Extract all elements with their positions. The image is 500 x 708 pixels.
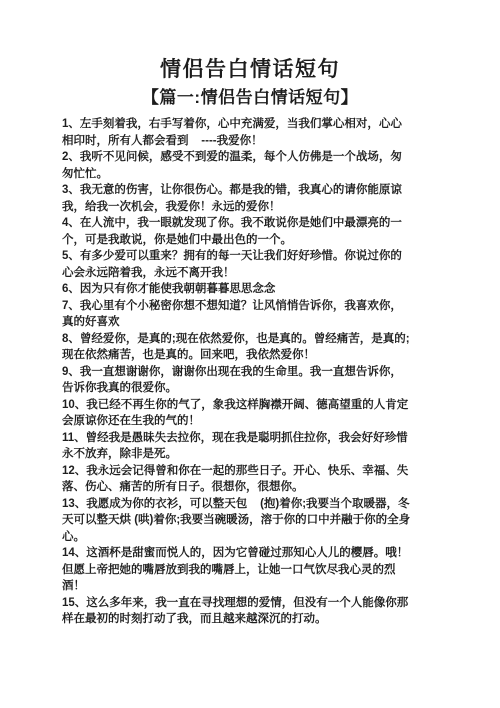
quote-item: 5、有多少爱可以重来？拥有的每一天让我们好好珍惜。你说过你的心会永远陪着我，永远… — [62, 248, 412, 281]
quote-item: 9、我一直想谢谢你，谢谢你出现在我的生命里。我一直想告诉你，告诉你我真的很爱你。 — [62, 364, 412, 397]
quote-item: 11、曾经我是愚昧失去拉你，现在我是聪明抓住拉你，我会好好珍惜永不放弃，除非是死… — [62, 430, 412, 463]
quote-item: 4、在人流中，我一眼就发现了你。我不敢说你是她们中最漂亮的一个，可是我敢说，你是… — [62, 215, 412, 248]
quote-list: 1、左手刻着我，右手写着你，心中充满爱，当我们掌心相对，心心相印时，所有人都会看… — [62, 116, 412, 628]
page-title: 情侣告白情话短句 — [0, 56, 500, 84]
document-page: 情侣告白情话短句 【篇一:情侣告白情话短句】 1、左手刻着我，右手写着你，心中充… — [0, 0, 500, 708]
section-heading: 【篇一:情侣告白情话短句】 — [0, 87, 500, 109]
quote-item: 8、曾经爱你，是真的;现在依然爱你，也是真的。曾经痛苦，是真的;现在依然痛苦，也… — [62, 331, 412, 364]
quote-item: 3、我无意的伤害，让你很伤心。都是我的错，我真心的请你能原谅我，给我一次机会，我… — [62, 182, 412, 215]
quote-item: 2、我听不见问候，感受不到爱的温柔，每个人仿佛是一个战场，匆匆忙忙。 — [62, 149, 412, 182]
quote-item: 13、我愿成为你的衣衫，可以整天包 (抱)着你;我要当个取暖器，冬天可以整天烘 … — [62, 496, 412, 546]
quote-item: 12、我永远会记得曾和你在一起的那些日子。开心、快乐、幸福、失落、伤心、痛苦的所… — [62, 463, 412, 496]
quote-item: 7、我心里有个小秘密你想不想知道？让风悄悄告诉你，我喜欢你，真的好喜欢 — [62, 298, 412, 331]
quote-item: 10、我已经不再生你的气了，象我这样胸襟开阔、德高望重的人肯定会原谅你还在生我的… — [62, 397, 412, 430]
quote-item: 15、这么多年来，我一直在寻找理想的爱情，但没有一个人能像你那样在最初的时刻打动… — [62, 595, 412, 628]
quote-item: 14、这酒杯是甜蜜而悦人的，因为它曾碰过那知心人儿的樱唇。哦！但愿上帝把她的嘴唇… — [62, 545, 412, 595]
quote-item: 1、左手刻着我，右手写着你，心中充满爱，当我们掌心相对，心心相印时，所有人都会看… — [62, 116, 412, 149]
quote-item: 6、因为只有你才能使我朝朝暮暮思思念念 — [62, 281, 412, 298]
